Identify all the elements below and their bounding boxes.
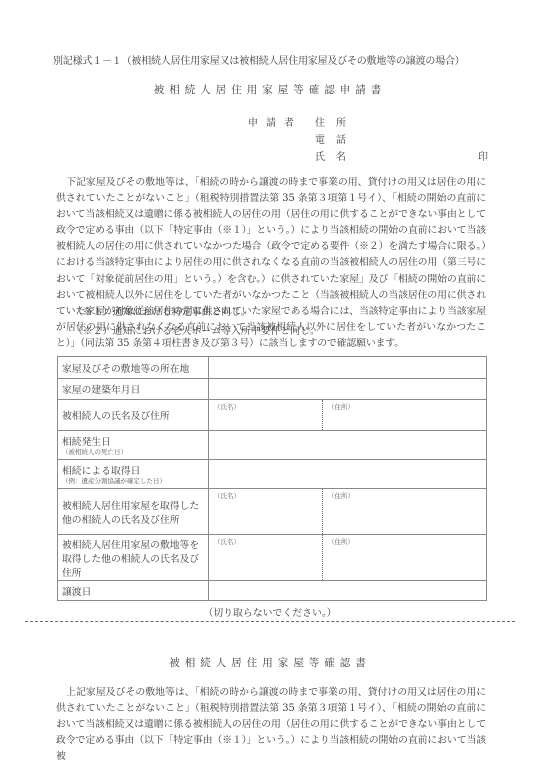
page-title: 被相続人居住用家屋等確認申請書 <box>0 82 540 97</box>
cut-line-divider <box>25 621 515 622</box>
address-label: 住所 <box>315 114 357 129</box>
inheritance-date-field[interactable] <box>209 431 487 460</box>
table-row: 被相続人の氏名及び住所 （氏名） （住所） <box>58 400 487 431</box>
other-heir-land-field: （氏名） （住所） <box>209 535 487 581</box>
heir-land-name-field[interactable]: （氏名） <box>209 535 323 580</box>
row-label-main: 相続による取得日 <box>62 463 204 477</box>
address-placeholder: （住所） <box>328 403 354 411</box>
row-label: 被相続人居住用家屋の敷地等を取得した他の相続人の氏名及び住所 <box>58 535 209 581</box>
acquisition-date-field[interactable] <box>209 460 487 489</box>
other-heir-house-field: （氏名） （住所） <box>209 489 487 535</box>
name-placeholder: （氏名） <box>214 538 240 546</box>
name-placeholder: （氏名） <box>214 403 240 411</box>
confirmation-paragraph: 上記家屋及びその敷地等は、「相続の時から譲渡の時まで事業の用、貸付けの用又は居住… <box>56 685 486 764</box>
address-placeholder: （住所） <box>328 492 354 500</box>
row-label: 家屋の建築年月日 <box>58 379 209 400</box>
confirmation-title: 被相続人居住用家屋等確認書 <box>0 655 540 670</box>
row-label: 家屋及びその敷地等の所在地 <box>58 357 209 379</box>
table-row: 譲渡日 <box>58 581 487 601</box>
heir-land-address-field[interactable]: （住所） <box>323 535 486 580</box>
table-row: 家屋及びその敷地等の所在地 <box>58 357 487 379</box>
property-location-field[interactable] <box>209 357 487 379</box>
deceased-address-field[interactable]: （住所） <box>323 400 486 430</box>
note-1: （※１）通知における特定事由と同じ。 <box>73 304 251 318</box>
row-label: 相続発生日 （被相続人の死亡日） <box>58 431 209 460</box>
row-label: 譲渡日 <box>58 581 209 601</box>
phone-label: 電話 <box>315 131 357 146</box>
heir-house-address-field[interactable]: （住所） <box>323 489 486 534</box>
table-row: 被相続人居住用家屋の敷地等を取得した他の相続人の氏名及び住所 （氏名） （住所） <box>58 535 487 581</box>
row-label-sub: （例：遺産分割協議が確定した日） <box>62 477 204 486</box>
seal-mark: 印 <box>478 148 488 163</box>
name-label: 氏名 <box>315 148 357 163</box>
cut-notice: （切り取らないでください。） <box>0 605 540 619</box>
applicant-label: 申請者 <box>248 114 302 129</box>
build-date-field[interactable] <box>209 379 487 400</box>
deceased-name-field[interactable]: （氏名） <box>209 400 323 430</box>
note-2: （※２）通知における老人ホーム等入所中要件と同じ。 <box>73 323 320 337</box>
row-label: 相続による取得日 （例：遺産分割協議が確定した日） <box>58 460 209 489</box>
name-placeholder: （氏名） <box>214 492 240 500</box>
row-label: 被相続人居住用家屋を取得した他の相続人の氏名及び住所 <box>58 489 209 535</box>
row-label-sub: （被相続人の死亡日） <box>62 448 204 457</box>
deceased-name-address-field: （氏名） （住所） <box>209 400 487 431</box>
heir-house-name-field[interactable]: （氏名） <box>209 489 323 534</box>
confirmation-paragraph-text: 上記家屋及びその敷地等は、「相続の時から譲渡の時まで事業の用、貸付けの用又は居住… <box>56 687 486 762</box>
table-row: 相続発生日 （被相続人の死亡日） <box>58 431 487 460</box>
table-row: 家屋の建築年月日 <box>58 379 487 400</box>
application-table: 家屋及びその敷地等の所在地 家屋の建築年月日 被相続人の氏名及び住所 （氏名） … <box>57 356 487 601</box>
table-row: 被相続人居住用家屋を取得した他の相続人の氏名及び住所 （氏名） （住所） <box>58 489 487 535</box>
row-label: 被相続人の氏名及び住所 <box>58 400 209 431</box>
row-label-main: 相続発生日 <box>62 434 204 448</box>
table-row: 相続による取得日 （例：遺産分割協議が確定した日） <box>58 460 487 489</box>
form-number: 別記様式１－１（被相続人居住用家屋又は被相続人居住用家屋及びその敷地等の譲渡の場… <box>53 52 465 67</box>
transfer-date-field[interactable] <box>209 581 487 601</box>
address-placeholder: （住所） <box>328 538 354 546</box>
